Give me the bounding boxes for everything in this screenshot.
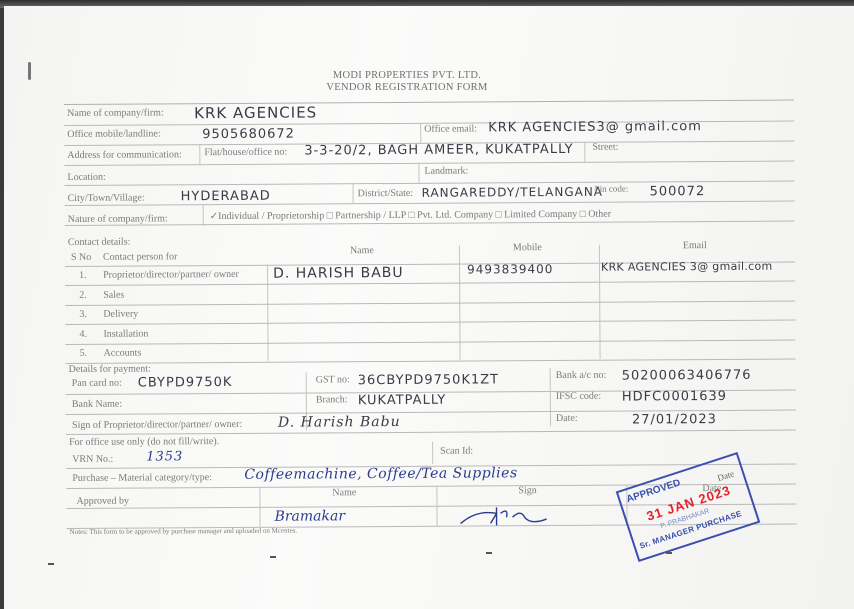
contact-sno: 4. — [79, 328, 87, 339]
flat-field[interactable]: 3-3-20/2, BAGH AMEER, KUKATPALLY — [304, 142, 573, 159]
gst-label: GST no: — [316, 374, 350, 385]
contact-role: Proprietor/director/partner/ owner — [103, 269, 239, 281]
mobile-field[interactable]: 9505680672 — [202, 127, 295, 143]
bank-ac-label: Bank a/c no: — [556, 370, 607, 381]
scan-speck — [486, 552, 492, 554]
contact-name-field[interactable]: D. HARISH BABU — [273, 265, 404, 282]
purchase-field[interactable]: Coffeemachine, Coffee/Tea Supplies — [244, 465, 517, 483]
gst-field[interactable]: 36CBYPD9750K1ZT — [358, 372, 499, 388]
pin-label: Pin code: — [595, 184, 629, 194]
city-field[interactable]: HYDERABAD — [181, 189, 271, 205]
scan-speck — [48, 563, 54, 565]
ifsc-label: IFSC code: — [556, 391, 601, 402]
contact-email-field[interactable]: KRK AGENCIES 3@ gmail.com — [601, 260, 773, 274]
contact-role: Delivery — [103, 309, 138, 320]
company-name-field[interactable]: KRK AGENCIES — [194, 103, 317, 122]
stamp-date-label: Date — [716, 468, 735, 483]
contact-sno: 3. — [79, 309, 87, 320]
bank-name-label: Bank Name: — [72, 399, 122, 410]
sign-label: Sign of Proprietor/director/partner/ own… — [72, 419, 242, 431]
company-heading: MODI PROPERTIES PVT. LTD. — [0, 70, 834, 81]
address-label: Address for communication: — [67, 149, 181, 161]
row-nature: Nature of company/firm: ✓Individual / Pr… — [65, 201, 795, 226]
scan-id-label: Scan Id: — [440, 446, 473, 457]
col-contact-for: Contact person for — [103, 251, 178, 262]
notes-text: Notes: This form to be approved by purch… — [70, 527, 298, 536]
pan-label: Pan card no: — [72, 378, 122, 389]
nature-options[interactable]: ✓Individual / Proprietorship □ Partnersh… — [210, 209, 611, 222]
nature-label: Nature of company/firm: — [68, 213, 168, 225]
approver-signature-icon — [456, 503, 576, 530]
form-title: VENDOR REGISTRATION FORM — [0, 82, 834, 93]
mobile-label: Office mobile/landline: — [67, 128, 160, 140]
contact-sno: 1. — [79, 270, 87, 281]
date-label: Date: — [556, 413, 578, 424]
approver-name-col: Name — [332, 487, 356, 498]
office-use-label: For office use only (do not fill/write). — [69, 436, 219, 448]
contact-role: Accounts — [104, 348, 142, 359]
branch-field[interactable]: KUKATPALLY — [358, 393, 447, 409]
vrn-field[interactable]: 1353 — [146, 449, 183, 464]
scan-speck — [270, 556, 276, 558]
contact-sno: 5. — [80, 348, 88, 359]
city-label: City/Town/Village: — [68, 193, 145, 204]
col-name: Name — [350, 245, 374, 256]
scan-speck — [666, 552, 672, 554]
approved-label: Approved by — [76, 496, 129, 507]
contact-mobile-field[interactable]: 9493839400 — [467, 262, 553, 277]
pin-field[interactable]: 500072 — [650, 184, 706, 199]
company-name-label: Name of company/firm: — [67, 107, 164, 119]
vrn-label: VRN No.: — [72, 454, 113, 465]
email-label: Office email: — [424, 123, 477, 134]
pan-field[interactable]: CBYPD9750K — [138, 375, 233, 391]
flat-label: Flat/house/office no: — [204, 147, 287, 159]
date-field[interactable]: 27/01/2023 — [632, 412, 717, 428]
col-sno: S No — [71, 252, 91, 263]
col-email: Email — [683, 240, 707, 251]
contact-sno: 2. — [79, 289, 87, 300]
col-mobile: Mobile — [513, 242, 542, 253]
district-field[interactable]: RANGAREDDY/TELANGANA — [422, 185, 604, 200]
email-field[interactable]: KRK AGENCIES3@ gmail.com — [488, 119, 702, 135]
landmark-label: Landmark: — [424, 166, 468, 177]
row-sign: Sign of Proprietor/director/partner/ own… — [66, 410, 796, 435]
location-label: Location: — [67, 172, 105, 183]
purchase-label: Purchase – Material category/type: — [72, 472, 212, 484]
street-label: Street: — [592, 142, 618, 153]
contact-role: Installation — [103, 328, 148, 339]
ifsc-field[interactable]: HDFC0001639 — [622, 389, 727, 405]
bank-ac-field[interactable]: 50200063406776 — [622, 368, 752, 384]
district-label: District/State: — [358, 188, 414, 199]
contact-role: Sales — [103, 289, 124, 300]
approver-sign-col: Sign — [518, 485, 536, 496]
contact-section-label: Contact details: — [68, 237, 131, 248]
branch-label: Branch: — [316, 394, 348, 405]
approver-name-field[interactable]: Bramakar — [275, 508, 346, 524]
sign-field[interactable]: D. Harish Babu — [278, 414, 401, 431]
